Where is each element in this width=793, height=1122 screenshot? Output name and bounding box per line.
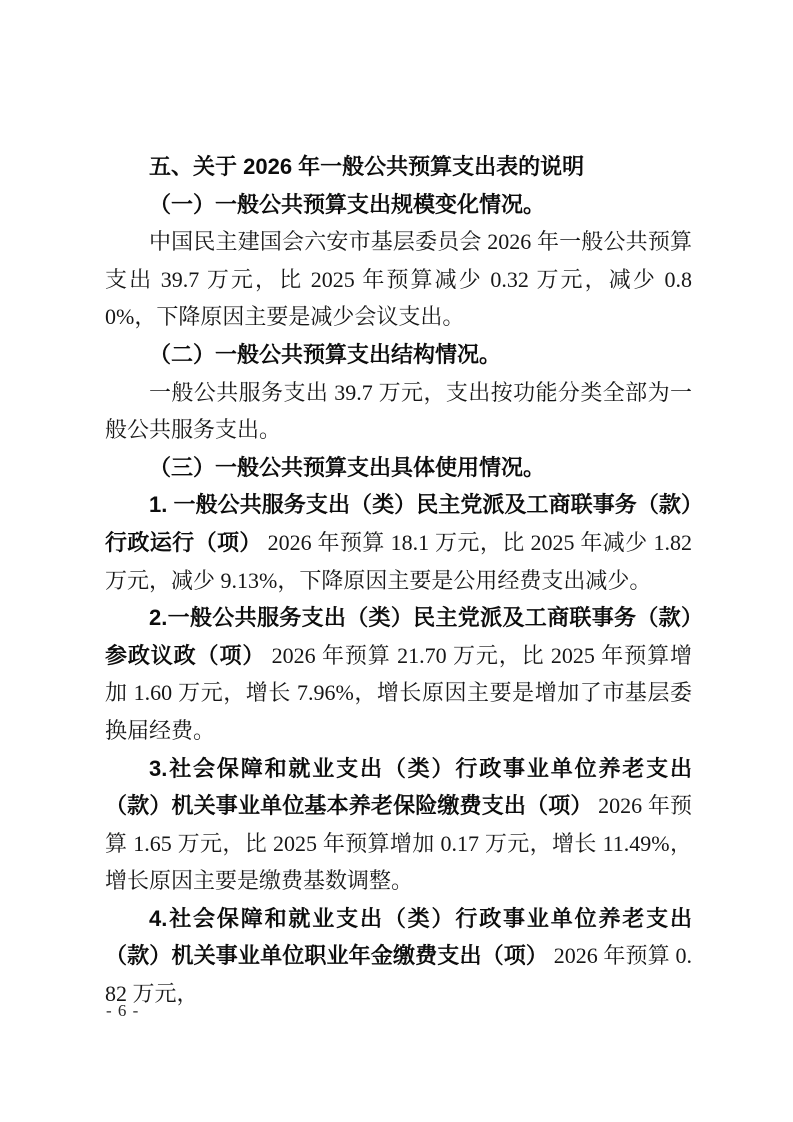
subsection-2-paragraph: 一般公共服务支出 39.7 万元，支出按功能分类全部为一般公共服务支出。 (105, 374, 692, 449)
subsection-1-title: （一）一般公共预算支出规模变化情况。 (105, 186, 692, 224)
budget-item-4: 4.社会保障和就业支出（类）行政事业单位养老支出（款）机关事业单位职业年金缴费支… (105, 900, 692, 1013)
section-heading: 五、关于 2026 年一般公共预算支出表的说明 (105, 148, 692, 186)
budget-item-2: 2.一般公共服务支出（类）民主党派及工商联事务（款）参政议政（项） 2026 年… (105, 599, 692, 749)
subsection-2-title: （二）一般公共预算支出结构情况。 (105, 336, 692, 374)
subsection-1-paragraph: 中国民主建国会六安市基层委员会 2026 年一般公共预算支出 39.7 万元，比… (105, 223, 692, 336)
document-page: 五、关于 2026 年一般公共预算支出表的说明 （一）一般公共预算支出规模变化情… (0, 0, 793, 1122)
document-content: 五、关于 2026 年一般公共预算支出表的说明 （一）一般公共预算支出规模变化情… (105, 148, 692, 1013)
budget-item-3: 3.社会保障和就业支出（类）行政事业单位养老支出（款）机关事业单位基本养老保险缴… (105, 750, 692, 900)
subsection-3-title: （三）一般公共预算支出具体使用情况。 (105, 449, 692, 487)
page-number: - 6 - (106, 1000, 139, 1022)
budget-item-1: 1. 一般公共服务支出（类）民主党派及工商联事务（款）行政运行（项） 2026 … (105, 486, 692, 599)
